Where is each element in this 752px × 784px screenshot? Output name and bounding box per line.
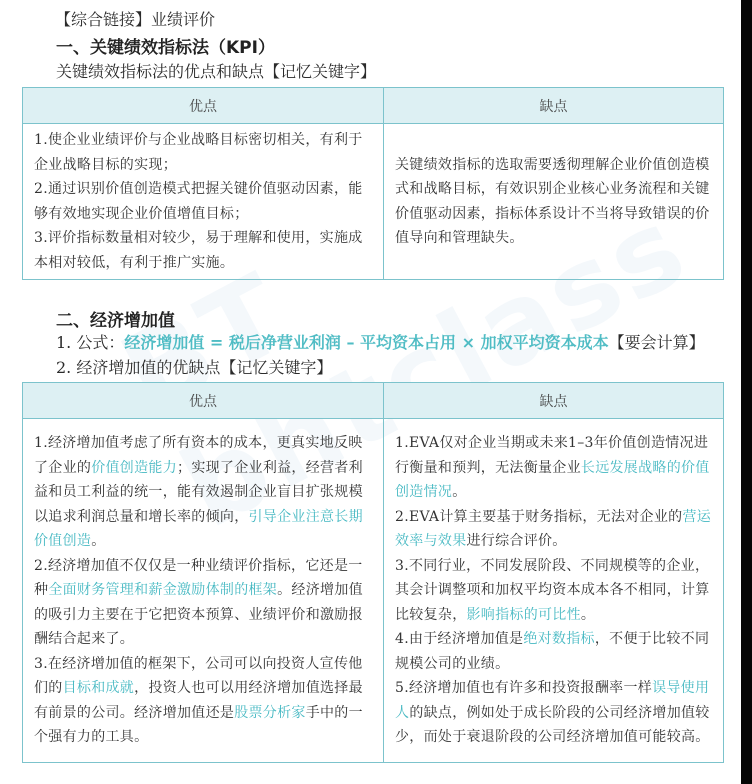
column-header-advantages: 优点 (23, 88, 384, 124)
column-header-disadvantages: 缺点 (384, 88, 724, 124)
section2-subtitle: 2. 经济增加值的优缺点【记忆关键字】 (56, 355, 332, 378)
text-segment: 4.由于经济增加值是 (395, 631, 523, 647)
kpi-advantage-3: 3.评价指标数量相对较少，易于理解和使用，实施成本相对较低，有利于推广实施。 (34, 226, 373, 275)
table-header-row: 优点 缺点 (23, 88, 724, 124)
column-header-disadvantages: 缺点 (384, 383, 724, 419)
column-header-advantages: 优点 (23, 383, 384, 419)
section1-subtitle: 关键绩效指标法的优点和缺点【记忆关键字】 (56, 59, 376, 82)
list-item: 1.EVA仅对企业当期或未来1–3年价值创造情况进行衡量和预判，无法衡量企业长远… (395, 431, 713, 505)
highlighted-keyword: 股票分析家 (234, 705, 306, 721)
list-item: 4.由于经济增加值是绝对数指标，不便于比较不同规模公司的业绩。 (395, 627, 713, 676)
text-segment: 进行综合评价。 (467, 533, 567, 549)
text-segment: 2.EVA计算主要基于财务指标，无法对企业的 (395, 509, 682, 525)
list-item: 2.EVA计算主要基于财务指标，无法对企业的营运效率与效果进行综合评价。 (395, 505, 713, 554)
table-row: 1.经济增加值考虑了所有资本的成本，更真实地反映了企业的价值创造能力；实现了企业… (23, 419, 724, 763)
eva-formula: 经济增加值 = 税后净营业利润 – 平均资本占用 × 加权平均资本成本 (124, 333, 608, 352)
highlighted-keyword: 价值创造能力 (91, 460, 177, 476)
kpi-disadvantage-1: 关键绩效指标的选取需要透彻理解企业价值创造模式和战略目标，有效识别企业核心业务流… (395, 153, 713, 251)
list-item: 1.经济增加值考虑了所有资本的成本，更真实地反映了企业的价值创造能力；实现了企业… (34, 431, 373, 554)
formula-prefix: 1. 公式： (56, 333, 124, 352)
text-segment: 的缺点，例如处于成长阶段的公司经济增加值较少，而处于衰退阶段的公司经济增加值可能… (395, 705, 710, 746)
table-row: 1.使企业业绩评价与企业战略目标密切相关，有利于企业战略目标的实现； 2.通过识… (23, 124, 724, 280)
list-item: 5.经济增加值也有许多和投资报酬率一样误导使用人的缺点，例如处于成长阶段的公司经… (395, 676, 713, 750)
highlighted-keyword: 全面财务管理和薪金激励体制的框架 (48, 582, 277, 598)
text-segment: 。 (91, 533, 105, 549)
eva-advantages-cell: 1.经济增加值考虑了所有资本的成本，更真实地反映了企业的价值创造能力；实现了企业… (23, 419, 384, 763)
section2-title: 二、经济增加值 (56, 306, 175, 331)
kpi-advantages-cell: 1.使企业业绩评价与企业战略目标密切相关，有利于企业战略目标的实现； 2.通过识… (23, 124, 384, 280)
eva-disadvantages-cell: 1.EVA仅对企业当期或未来1–3年价值创造情况进行衡量和预判，无法衡量企业长远… (384, 419, 724, 763)
highlighted-keyword: 影响指标的可比性 (467, 607, 581, 623)
table-header-row: 优点 缺点 (23, 383, 724, 419)
kpi-disadvantages-cell: 关键绩效指标的选取需要透彻理解企业价值创造模式和战略目标，有效识别企业核心业务流… (384, 124, 724, 280)
text-segment: 5.经济增加值也有许多和投资报酬率一样 (395, 680, 652, 696)
formula-suffix: 【要会计算】 (609, 333, 705, 352)
kpi-advantage-1: 1.使企业业绩评价与企业战略目标密切相关，有利于企业战略目标的实现； (34, 128, 373, 177)
list-item: 2.经济增加值不仅仅是一种业绩评价指标，它还是一种全面财务管理和薪金激励体制的框… (34, 554, 373, 652)
right-edge-strip (741, 0, 752, 784)
link-heading: 【综合链接】业绩评价 (55, 7, 215, 30)
highlighted-keyword: 目标和成就 (63, 680, 135, 696)
eva-formula-line: 1. 公式：经济增加值 = 税后净营业利润 – 平均资本占用 × 加权平均资本成… (56, 330, 705, 353)
list-item: 3.不同行业，不同发展阶段、不同规模等的企业，其会计调整项和加权平均资本成本各不… (395, 554, 713, 628)
text-segment: 。 (452, 484, 466, 500)
section1-title: 一、关键绩效指标法（KPI） (56, 33, 275, 58)
text-segment: 。 (581, 607, 595, 623)
kpi-advantage-2: 2.通过识别价值创造模式把握关键价值驱动因素，能够有效地实现企业价值增值目标； (34, 177, 373, 226)
highlighted-keyword: 绝对数指标 (523, 631, 595, 647)
kpi-pros-cons-table: 优点 缺点 1.使企业业绩评价与企业战略目标密切相关，有利于企业战略目标的实现；… (22, 87, 724, 280)
list-item: 3.在经济增加值的框架下，公司可以向投资人宣传他们的目标和成就，投资人也可以用经… (34, 652, 373, 750)
eva-pros-cons-table: 优点 缺点 1.经济增加值考虑了所有资本的成本，更真实地反映了企业的价值创造能力… (22, 382, 724, 763)
